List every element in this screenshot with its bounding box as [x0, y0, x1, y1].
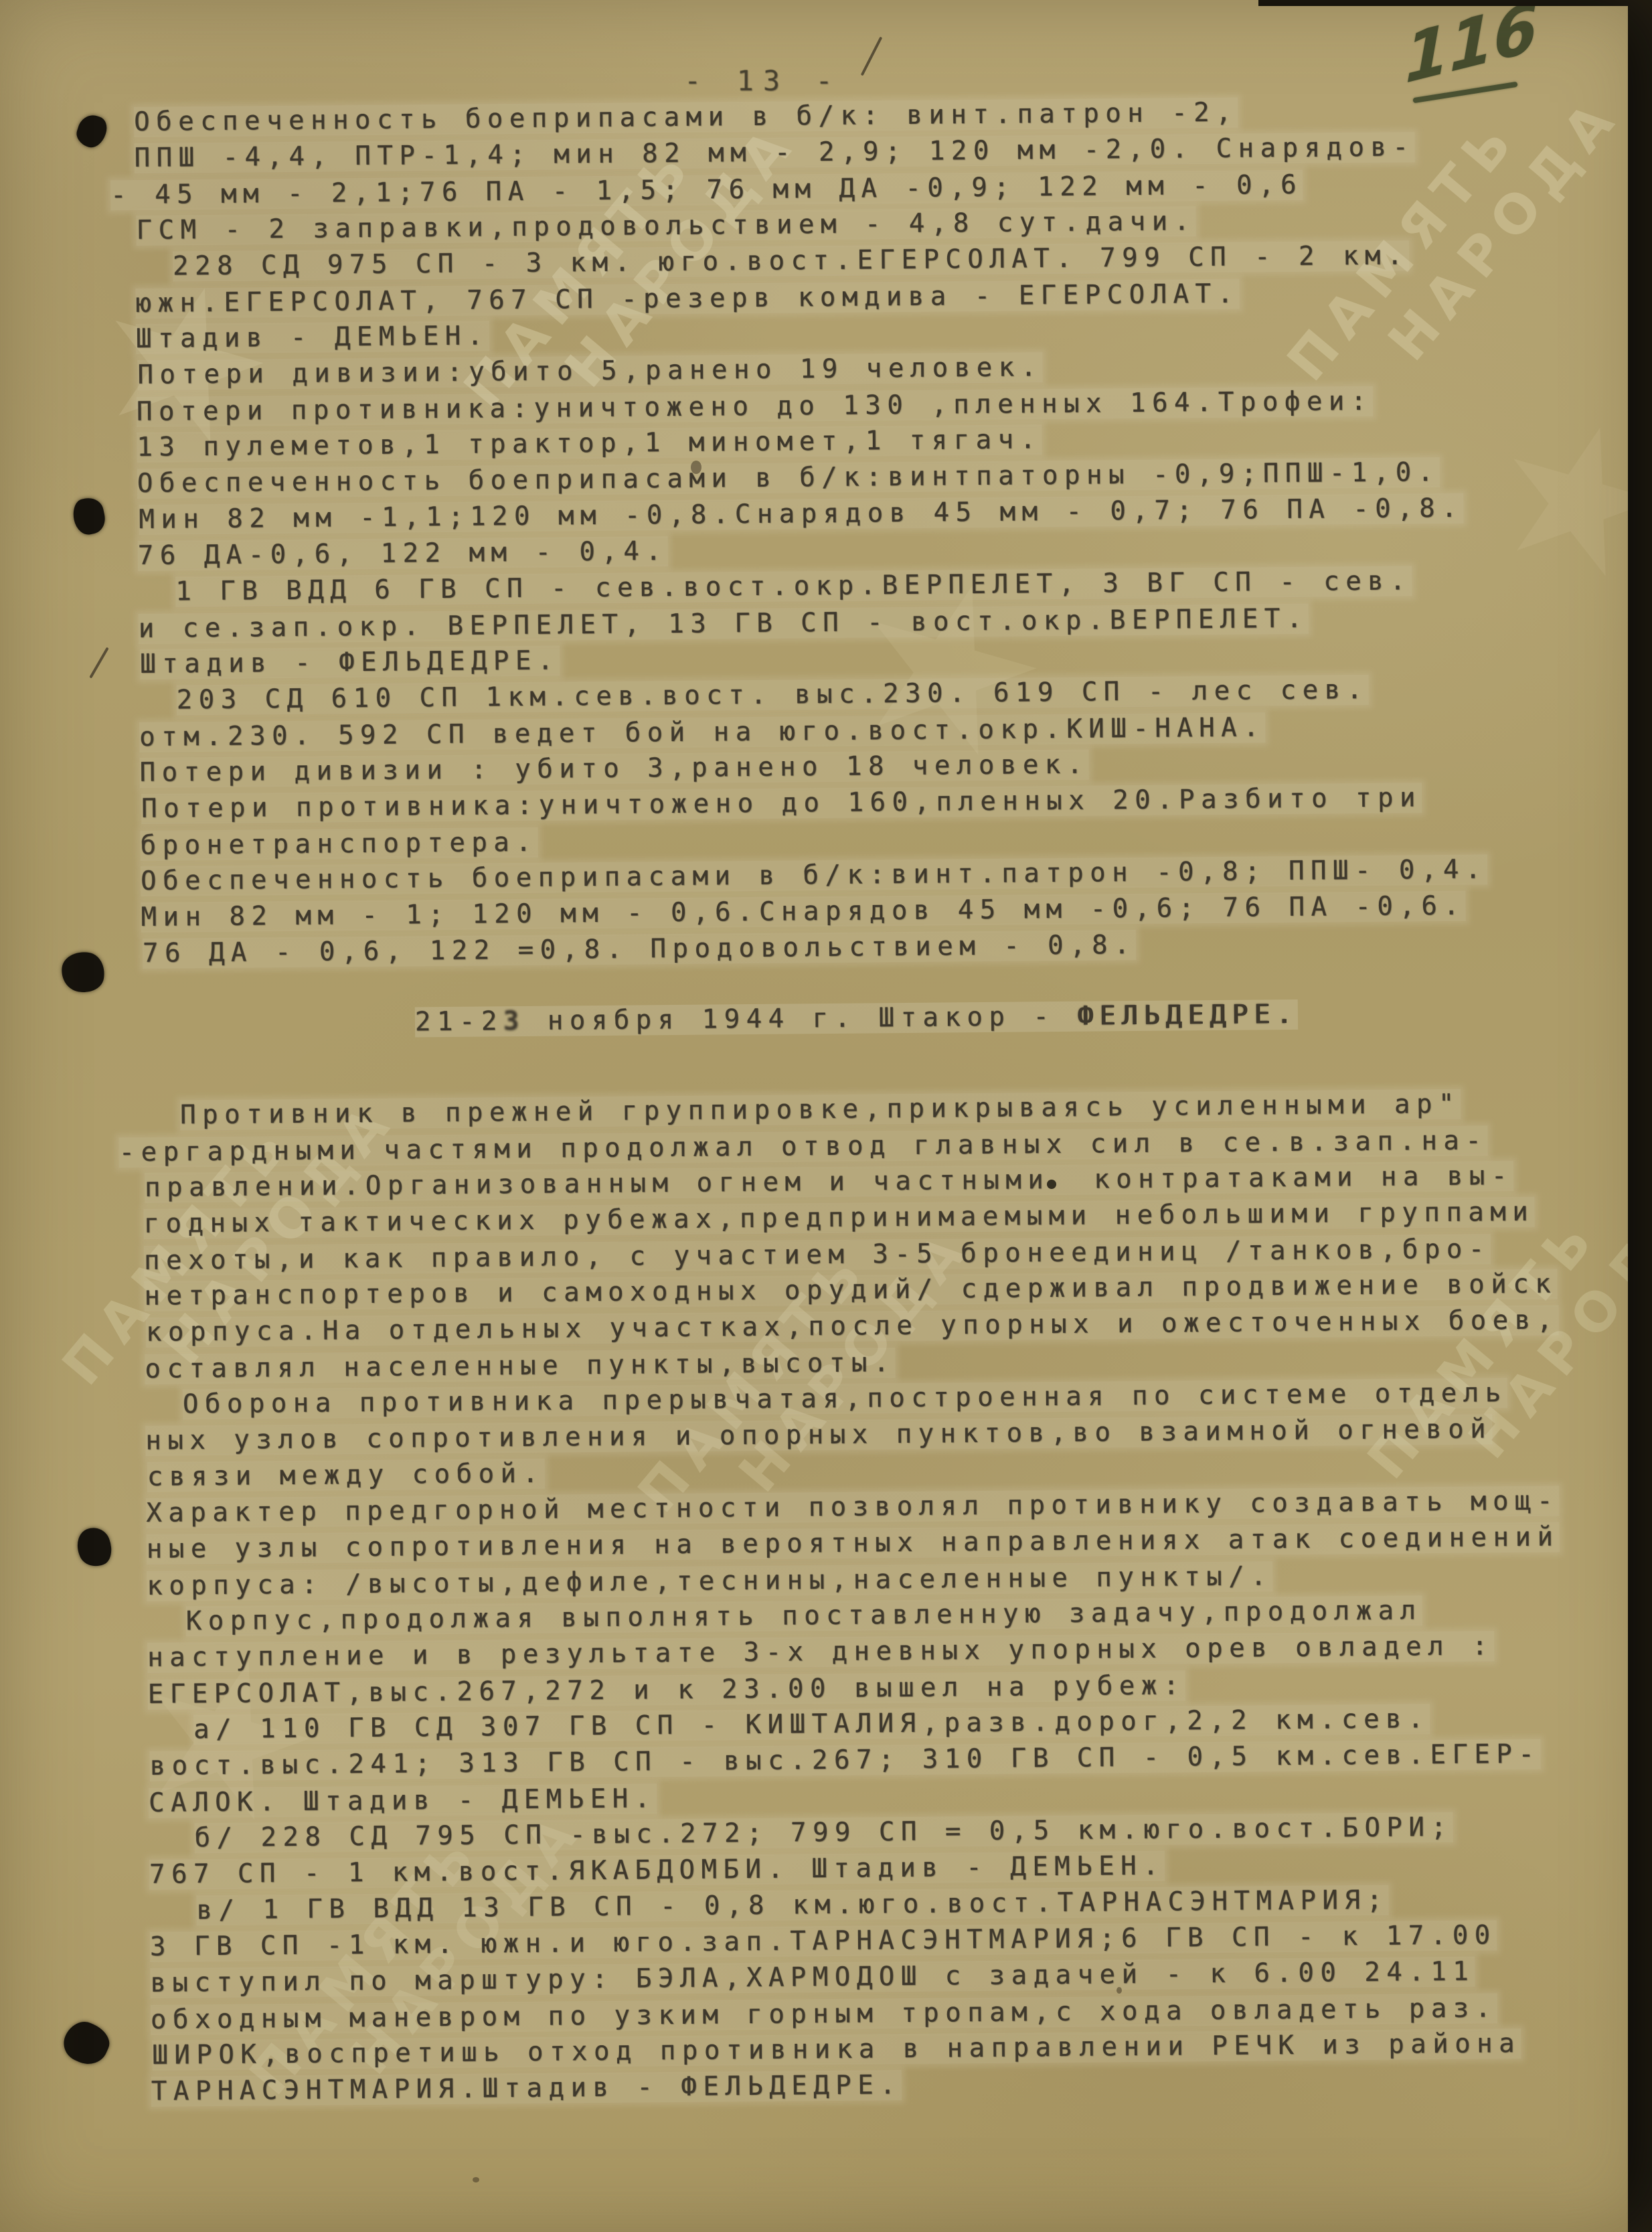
punch-hole	[72, 1523, 117, 1571]
punch-hole	[74, 112, 110, 151]
paper-speck	[473, 2177, 479, 2182]
scan-edge	[1258, 0, 1633, 6]
section-heading: 21-23 ноября 1944 г. Штакор - ФЕЛЬДЕДРЕ.	[142, 994, 1594, 1043]
scan-edge	[1628, 0, 1652, 2232]
typed-text-block: Обеспеченность боеприпасами в б/к: винт.…	[134, 92, 1604, 2110]
paper-speck	[1117, 1987, 1122, 1994]
punch-hole	[59, 949, 107, 995]
punch-hole	[58, 2016, 115, 2071]
paper-speck	[1047, 1180, 1056, 1189]
handwritten-folio-number: 116	[1405, 0, 1538, 99]
scanned-military-document: { "page": { "page_number": "- 13 -", "ha…	[0, 0, 1652, 2232]
punch-hole	[70, 495, 108, 537]
pen-mark	[89, 647, 108, 678]
paper-speck	[691, 461, 701, 474]
page-number: - 13 -	[684, 64, 842, 97]
pen-mark	[861, 37, 883, 76]
